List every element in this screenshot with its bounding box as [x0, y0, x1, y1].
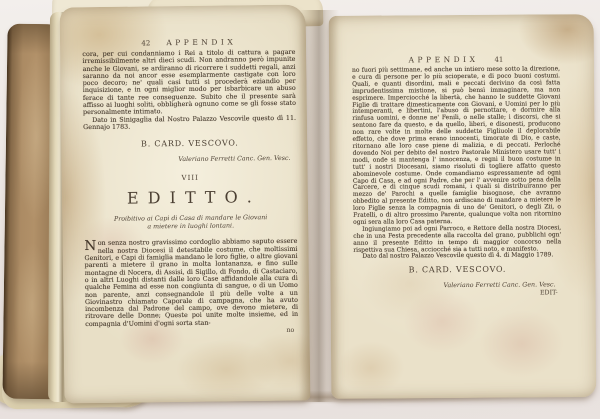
left-page: 42 APPENDIX cora, per cui condanniamo i …	[60, 5, 311, 404]
right-catchword: EDIT-	[354, 290, 562, 298]
left-catchword: no	[85, 327, 298, 336]
right-page-number: 41	[494, 56, 503, 64]
left-body-paragraph-2-text: on senza nostro gravissimo cordoglio abb…	[84, 237, 298, 327]
right-bishop-signature: B. CARD. VESCOVO.	[353, 265, 561, 275]
left-running-header: 42 APPENDIX	[82, 37, 295, 48]
right-body-paragraph-2: Ingiungiamo poi ad ogni Parroco, e Retto…	[353, 225, 561, 254]
right-body-paragraph-1: no fuori più settimane, ed anche un inti…	[352, 66, 561, 226]
drop-cap-letter: N	[84, 240, 96, 252]
right-chancellor-signature: Valeriano Ferretti Canc. Gen. Vesc.	[354, 282, 562, 290]
book-gutter-shadow	[299, 10, 339, 402]
left-page-number: 42	[141, 39, 150, 47]
left-dateline: Dato in Sinigaglia dal Nostro Palazzo Ve…	[83, 114, 296, 131]
right-running-title: APPENDIX	[409, 55, 479, 64]
left-body-paragraph-2: Non senza nostro gravissimo cordoglio ab…	[84, 238, 298, 328]
edict-section-number: VIII	[84, 173, 297, 183]
photo-backdrop: 42 APPENDIX cora, per cui condanniamo i …	[0, 0, 600, 419]
left-bishop-signature: B. CARD. VESCOVO.	[83, 138, 296, 149]
edict-subtitle: Proibitivo ai Capi di Casa di mandare le…	[84, 214, 297, 231]
edict-title: E D I T T O .	[84, 187, 297, 208]
right-page-text-block: APPENDIX 41 no fuori più settimane, ed a…	[352, 54, 562, 298]
left-chancellor-signature: Valeriano Ferretti Canc. Gen. Vesc.	[83, 155, 296, 164]
right-running-header: APPENDIX 41	[352, 54, 560, 64]
left-body-paragraph-1: cora, per cui condanniamo i Rei a titolo…	[82, 49, 296, 117]
edict-subtitle-line-2: a mietere in luoghi lontani.	[147, 222, 234, 230]
left-running-title: APPENDIX	[166, 37, 236, 47]
edict-subtitle-line-1: Proibitivo ai Capi di Casa di mandare le…	[114, 214, 267, 223]
left-page-text-block: 42 APPENDIX cora, per cui condanniamo i …	[82, 37, 298, 336]
right-dateline: Dato dal nostro Palazzo Vescovile questo…	[353, 253, 561, 261]
right-page: APPENDIX 41 no fuori più settimane, ed a…	[329, 14, 597, 399]
